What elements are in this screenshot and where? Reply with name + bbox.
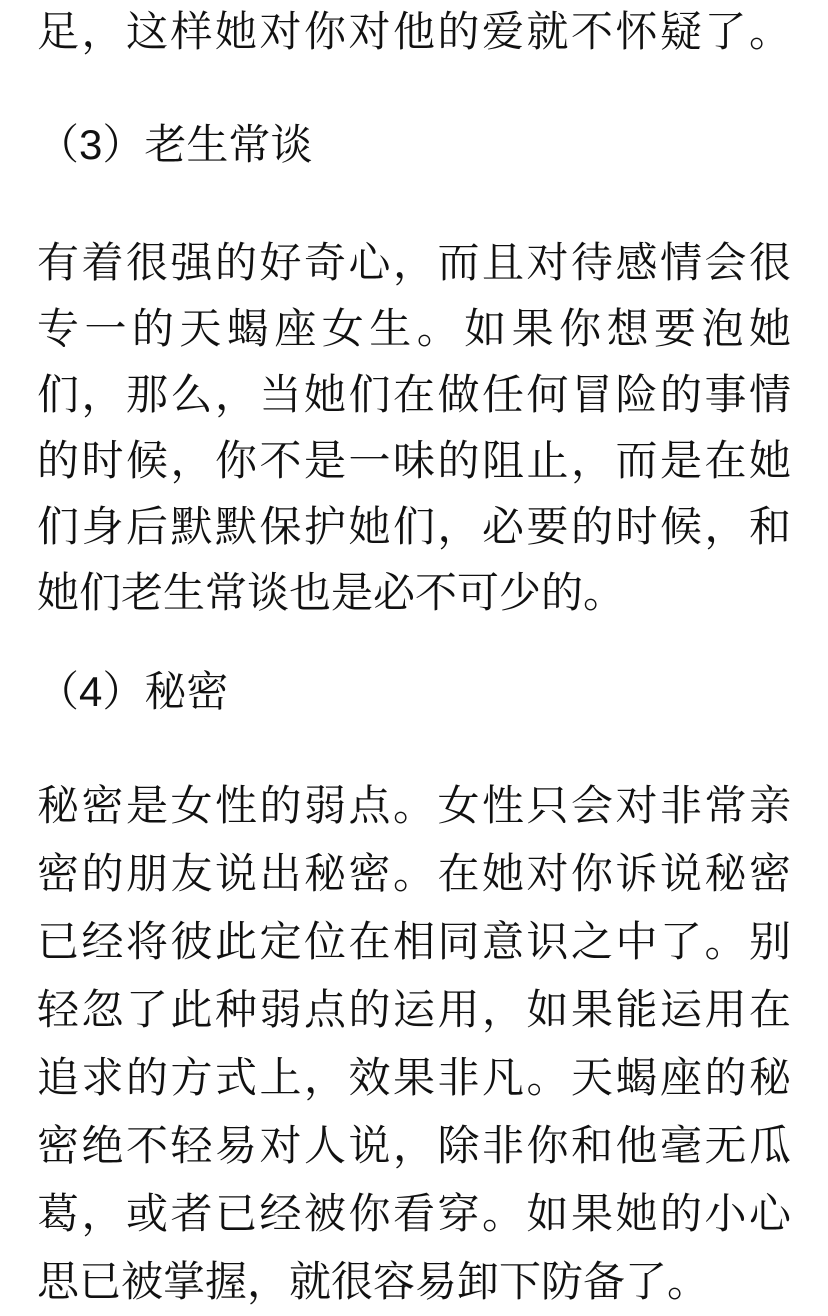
section-heading: （3）老生常谈 <box>37 111 791 178</box>
paragraph-line: 思已被掌握，就很容易卸下防备了。 <box>37 1248 791 1316</box>
paragraph-line: 们身后默默保护她们，必要的时候，和 <box>37 494 791 560</box>
paragraph: 有着很强的好奇心，而且对待感情会很 专一的天蝎座女生。如果你想要泡她 们，那么，… <box>37 230 791 626</box>
paragraph: 秘密是女性的弱点。女性只会对非常亲 密的朋友说出秘密。在她对你诉说秘密 已经将彼… <box>37 772 791 1316</box>
section-heading: （4）秘密 <box>37 658 791 725</box>
paragraph-line: 们，那么，当她们在做任何冒险的事情 <box>37 362 791 428</box>
paragraph-line: 的时候，你不是一味的阻止，而是在她 <box>37 428 791 494</box>
paragraph-line: 秘密是女性的弱点。女性只会对非常亲 <box>37 772 791 840</box>
article-page: 足，这样她对你对他的爱就不怀疑了。 （3）老生常谈 有着很强的好奇心，而且对待感… <box>0 0 828 1316</box>
paragraph-line: 密绝不轻易对人说，除非你和他毫无瓜 <box>37 1112 791 1180</box>
paragraph-line: 已经将彼此定位在相同意识之中了。别 <box>37 908 791 976</box>
paragraph-line: 葛，或者已经被你看穿。如果她的小心 <box>37 1180 791 1248</box>
paragraph-line: 有着很强的好奇心，而且对待感情会很 <box>37 230 791 296</box>
paragraph-line: 密的朋友说出秘密。在她对你诉说秘密 <box>37 840 791 908</box>
paragraph-line: 专一的天蝎座女生。如果你想要泡她 <box>37 296 791 362</box>
paragraph-line: 追求的方式上，效果非凡。天蝎座的秘 <box>37 1044 791 1112</box>
paragraph-line: 足，这样她对你对他的爱就不怀疑了。 <box>37 0 791 65</box>
paragraph-line: 她们老生常谈也是必不可少的。 <box>37 560 791 626</box>
paragraph-line: 轻忽了此种弱点的运用，如果能运用在 <box>37 976 791 1044</box>
